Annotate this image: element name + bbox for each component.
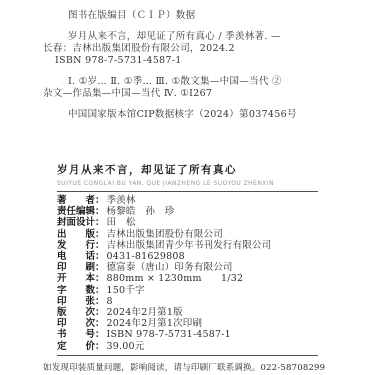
field-value: 0431-81629808 bbox=[107, 251, 185, 262]
field-row-edition: 版次：2024年2月第1版 bbox=[57, 307, 318, 318]
field-label: 电话 bbox=[57, 251, 95, 262]
field-row-author: 著者：季羡林 bbox=[57, 195, 318, 206]
cip-heading: 图书在版编目（ＣＩＰ）数据 bbox=[68, 10, 345, 22]
field-value: 880mm × 1230mm 1/32 bbox=[107, 273, 244, 284]
field-row-isbn: 书号：ISBN 978-7-5731-4587-1 bbox=[57, 329, 318, 340]
field-label: 著者 bbox=[57, 195, 95, 206]
cip-classification-line1: Ⅰ. ①岁… Ⅱ. ①季… Ⅲ. ①散文集—中国—当代 ② bbox=[68, 76, 345, 88]
cip-block: 图书在版编目（ＣＩＰ）数据 岁月从来不言，却见证了所有真心 / 季羡林著. — … bbox=[43, 10, 345, 121]
publication-fields: 著者：季羡林 责任编辑：杨黎皓 孙 珍 封面设计：田 松 出版：吉林出版集团股份… bbox=[57, 195, 318, 352]
field-value: 2024年2月第1次印刷 bbox=[107, 318, 203, 329]
quality-note: 如发现印装质量问题，影响阅读，请与印刷厂联系调换。022-58708299 bbox=[43, 361, 345, 373]
field-value: 2024年2月第1版 bbox=[107, 307, 183, 318]
field-label: 印次 bbox=[57, 318, 95, 329]
field-colon: ： bbox=[95, 296, 105, 307]
field-value: 150千字 bbox=[107, 285, 145, 296]
cip-entry-line2: 长春：吉林出版集团股份有限公司，2024.2 bbox=[43, 43, 345, 55]
field-value: 39.00元 bbox=[107, 341, 145, 352]
field-value: 田 松 bbox=[107, 217, 136, 228]
cip-entry-line1: 岁月从来不言，却见证了所有真心 / 季羡林著. — bbox=[68, 31, 345, 43]
field-colon: ： bbox=[95, 341, 105, 352]
field-label: 出版 bbox=[57, 229, 95, 240]
book-title: 岁月从来不言，却见证了所有真心 bbox=[57, 163, 318, 177]
book-title-pinyin: SUIYUE CONGLAI BU YAN, QUE JIANZHENG LE … bbox=[57, 180, 318, 187]
field-label: 字数 bbox=[57, 285, 95, 296]
field-row-format: 开本：880mm × 1230mm 1/32 bbox=[57, 273, 318, 284]
field-label: 封面设计 bbox=[57, 217, 95, 228]
field-colon: ： bbox=[95, 285, 105, 296]
field-label: 发行 bbox=[57, 240, 95, 251]
field-colon: ： bbox=[95, 195, 105, 206]
field-label: 书号 bbox=[57, 329, 95, 340]
field-value: ISBN 978-7-5731-4587-1 bbox=[107, 329, 231, 340]
copyright-page: 图书在版编目（ＣＩＰ）数据 岁月从来不言，却见证了所有真心 / 季羡林著. — … bbox=[0, 0, 375, 375]
field-row-word-count: 字数：150千字 bbox=[57, 285, 318, 296]
field-row-editor: 责任编辑：杨黎皓 孙 珍 bbox=[57, 206, 318, 217]
field-label: 定价 bbox=[57, 341, 95, 352]
cip-classification-line2: 杂文—作品集—中国—当代 Ⅳ. ①I267 bbox=[43, 88, 345, 100]
field-label: 印张 bbox=[57, 296, 95, 307]
field-colon: ： bbox=[95, 206, 105, 217]
field-value: 季羡林 bbox=[107, 195, 136, 206]
field-colon: ： bbox=[95, 318, 105, 329]
field-row-printer: 印刷：德富泰（唐山）印务有限公司 bbox=[57, 262, 318, 273]
field-row-publisher: 出版：吉林出版集团股份有限公司 bbox=[57, 229, 318, 240]
divider-top bbox=[57, 191, 318, 192]
field-label: 责任编辑 bbox=[57, 206, 95, 217]
field-row-sheets: 印张：8 bbox=[57, 296, 318, 307]
field-colon: ： bbox=[95, 229, 105, 240]
field-colon: ： bbox=[95, 240, 105, 251]
field-value: 吉林出版集团股份有限公司 bbox=[107, 229, 223, 240]
field-colon: ： bbox=[95, 262, 105, 273]
field-value: 吉林出版集团青少年书刊发行有限公司 bbox=[107, 240, 272, 251]
field-row-printing: 印次：2024年2月第1次印刷 bbox=[57, 318, 318, 329]
cip-record-number: 中国国家版本馆CIP数据核字（2024）第037456号 bbox=[68, 109, 345, 121]
field-label: 版次 bbox=[57, 307, 95, 318]
field-value: 杨黎皓 孙 珍 bbox=[107, 206, 175, 217]
publication-info-section: 岁月从来不言，却见证了所有真心 SUIYUE CONGLAI BU YAN, Q… bbox=[57, 163, 318, 356]
field-value: 8 bbox=[107, 296, 113, 307]
cip-isbn-line: ISBN 978-7-5731-4587-1 bbox=[55, 55, 345, 67]
field-row-cover-design: 封面设计：田 松 bbox=[57, 217, 318, 228]
field-colon: ： bbox=[95, 307, 105, 318]
field-colon: ： bbox=[95, 329, 105, 340]
field-colon: ： bbox=[95, 217, 105, 228]
field-value: 德富泰（唐山）印务有限公司 bbox=[107, 262, 233, 273]
field-row-price: 定价：39.00元 bbox=[57, 341, 318, 352]
field-label: 开本 bbox=[57, 273, 95, 284]
field-row-distributor: 发行：吉林出版集团青少年书刊发行有限公司 bbox=[57, 240, 318, 251]
field-colon: ： bbox=[95, 273, 105, 284]
divider-bottom bbox=[57, 355, 318, 356]
field-label: 印刷 bbox=[57, 262, 95, 273]
field-row-phone: 电话：0431-81629808 bbox=[57, 251, 318, 262]
field-colon: ： bbox=[95, 251, 105, 262]
